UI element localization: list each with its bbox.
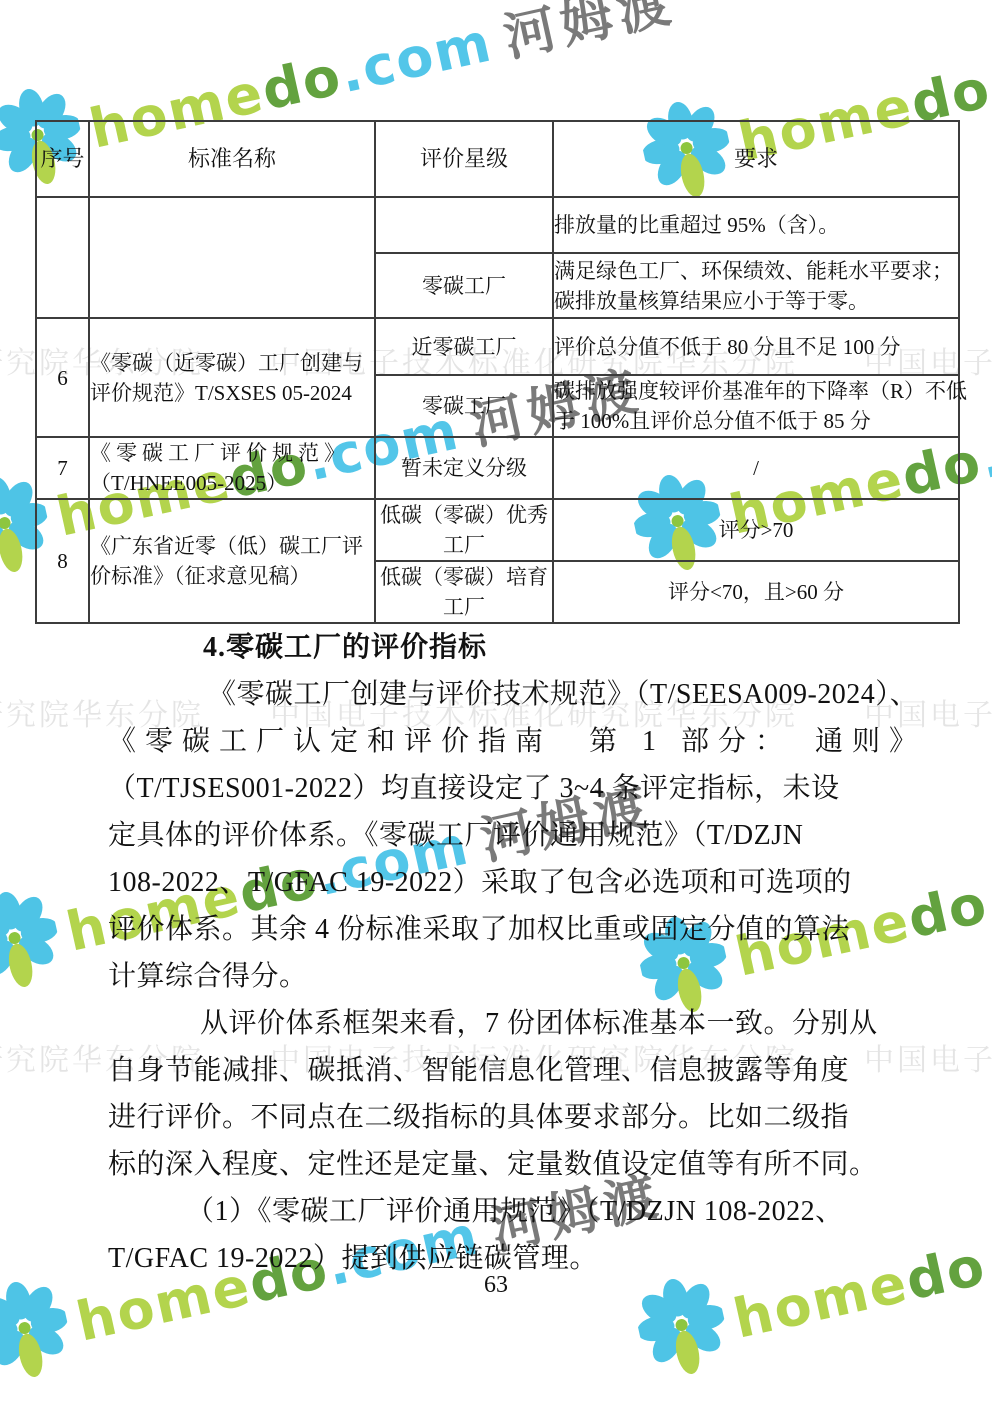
page-number: 63	[0, 1272, 992, 1299]
cell-req: 排放量的比重超过 95%（含）。	[553, 197, 959, 253]
table-row: 排放量的比重超过 95%（含）。	[36, 197, 959, 253]
body-line: 自身节能减排、碳抵消、智能信息化管理、信息披露等角度	[108, 1047, 888, 1094]
body-line: 《零碳工厂创建与评价技术规范》（T/SEESA009-2024）、	[108, 671, 888, 718]
body-line: 标的深入程度、定性还是定量、定量数值设定值等有所不同。	[108, 1141, 888, 1188]
cell-req: 评分>70	[553, 499, 959, 561]
cell-star: 低碳（零碳）优秀 工厂	[375, 499, 553, 561]
cell-req: 碳排放强度较评价基准年的下降率（R）不低 于 100%且评价总分值不低于 85 …	[553, 375, 959, 437]
section-heading: 4.零碳工厂的评价指标	[108, 624, 888, 671]
cell-star: 近零碳工厂	[375, 318, 553, 375]
cell-req: /	[553, 437, 959, 499]
col-header-name: 标准名称	[89, 121, 375, 197]
table-header-row: 序号 标准名称 评价星级 要求	[36, 121, 959, 197]
table-row: 8 《广东省近零（低）碳工厂评 价标准》（征求意见稿） 低碳（零碳）优秀 工厂 …	[36, 499, 959, 561]
cell-req: 评价总分值不低于 80 分且不足 100 分	[553, 318, 959, 375]
cell-req: 满足绿色工厂、环保绩效、能耗水平要求； 碳排放量核算结果应小于等于零。	[553, 253, 959, 318]
col-header-no: 序号	[36, 121, 89, 197]
body-line: 定具体的评价体系。《零碳工厂评价通用规范》（T/DZJN	[108, 812, 888, 859]
body-line: 108-2022、T/GFAC 19-2022）采取了包含必选项和可选项的	[108, 859, 888, 906]
cell-star-empty	[375, 197, 553, 253]
cell-name: 《零碳工厂评价规范》 （T/HNEE005-2025）	[89, 437, 375, 499]
col-header-star: 评价星级	[375, 121, 553, 197]
cell-star: 低碳（零碳）培育 工厂	[375, 561, 553, 623]
table-row: 6 《零碳（近零碳）工厂创建与 评价规范》T/SXSES 05-2024 近零碳…	[36, 318, 959, 375]
cell-star: 零碳工厂	[375, 375, 553, 437]
cell-req: 评分<70，且>60 分	[553, 561, 959, 623]
body-line: （T/TJSES001-2022）均直接设定了 3~4 条评定指标，未设	[108, 765, 888, 812]
body-line: 从评价体系框架来看，7 份团体标准基本一致。分别从	[108, 1000, 888, 1047]
cell-star: 暂未定义分级	[375, 437, 553, 499]
body-line: （1）《零碳工厂评价通用规范》（T/DZJN 108-2022、	[108, 1188, 888, 1235]
cell-name: 《零碳（近零碳）工厂创建与 评价规范》T/SXSES 05-2024	[89, 318, 375, 437]
table-row: 7 《零碳工厂评价规范》 （T/HNEE005-2025） 暂未定义分级 /	[36, 437, 959, 499]
body-text: 4.零碳工厂的评价指标 《零碳工厂创建与评价技术规范》（T/SEESA009-2…	[108, 624, 888, 1282]
standards-table: 序号 标准名称 评价星级 要求 排放量的比重超过 95%（含）。 零碳工厂 满足…	[35, 120, 960, 624]
col-header-req: 要求	[553, 121, 959, 197]
body-line: 评价体系。其余 4 份标准采取了加权比重或固定分值的算法	[108, 906, 888, 953]
body-line: 进行评价。不同点在二级指标的具体要求部分。比如二级指	[108, 1094, 888, 1141]
document-page: 化研究院华东分院 中国电子技术标准化研究院华东分院 中国电子技术标准化研究院华东…	[0, 0, 992, 1403]
cell-name: 《广东省近零（低）碳工厂评 价标准》（征求意见稿）	[89, 499, 375, 623]
cell-no-empty	[36, 197, 89, 318]
page-content: 序号 标准名称 评价星级 要求 排放量的比重超过 95%（含）。 零碳工厂 满足…	[0, 0, 992, 1403]
cell-no: 7	[36, 437, 89, 499]
cell-no: 6	[36, 318, 89, 437]
body-line: 计算综合得分。	[108, 953, 888, 1000]
body-line: 《零碳工厂认定和评价指南 第 1 部分： 通则》	[108, 718, 888, 765]
cell-name-empty	[89, 197, 375, 318]
cell-no: 8	[36, 499, 89, 623]
cell-star: 零碳工厂	[375, 253, 553, 318]
